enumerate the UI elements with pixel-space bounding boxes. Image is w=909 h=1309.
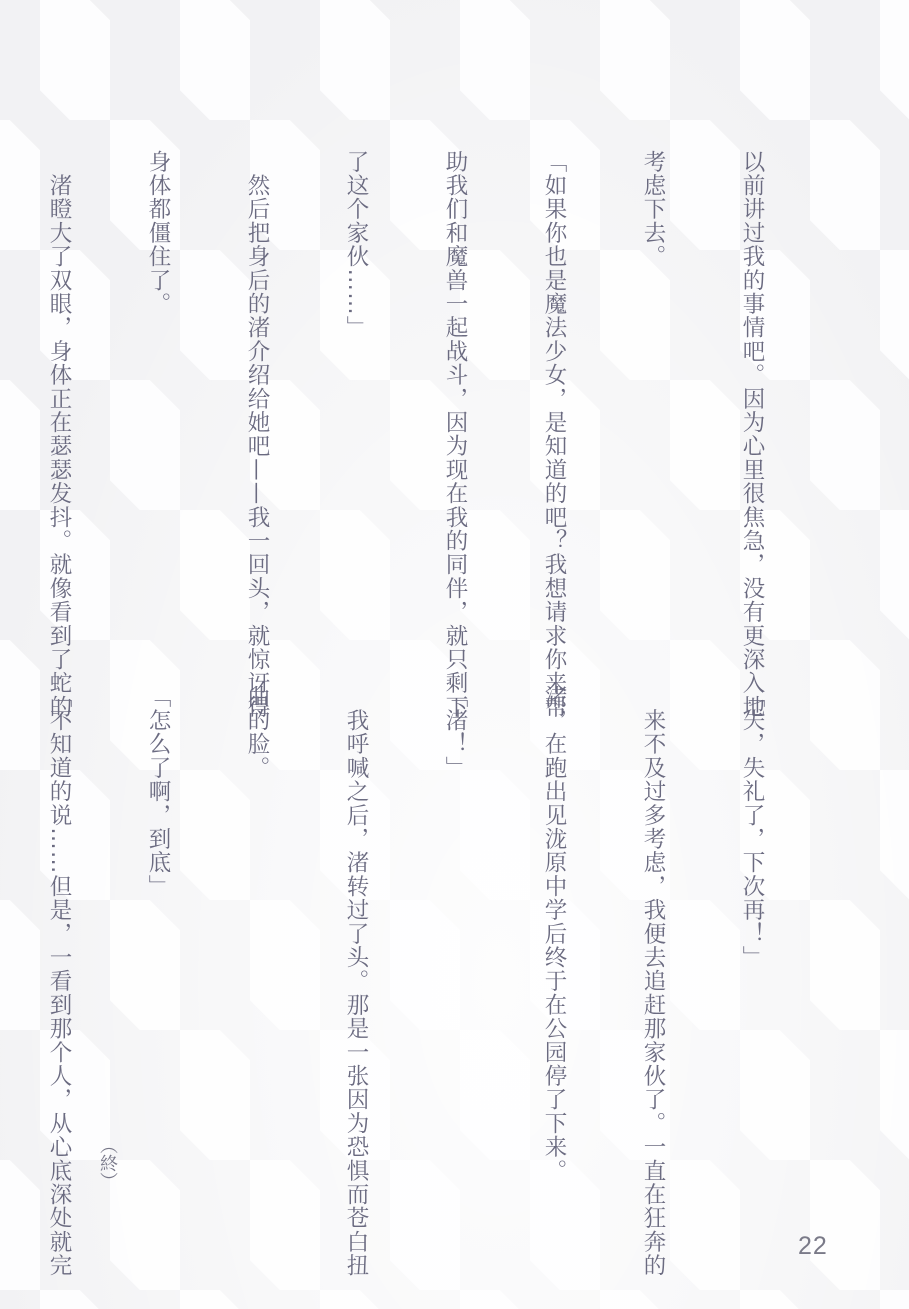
text-line: 然后把身后的渚介绍给她吧——我一回头，就惊讶得 [240,150,273,610]
text-line: 考虑下去。 [636,150,669,610]
text-line: 「怎么了啊，到底」 [141,685,174,1145]
text-line: 「不知道的说……但是，一看到那个人，从心底深处就完 [42,685,75,1145]
text-line: 身体都僵住了。 [141,150,174,610]
text-line: 来不及过多考虑，我便去追赶那家伙了。一直在狂奔的 [636,685,669,1145]
page-number: 22 [798,1232,828,1261]
text-block-top: 以前讲过我的事情吧。因为心里很焦急，没有更深入地 考虑下去。 「如果你也是魔法少… [0,150,834,610]
text-line: 我呼喊之后，渚转过了头。那是一张因为恐惧而苍白扭 [339,685,372,1145]
text-line: 曲的脸。 [240,685,273,1145]
text-line: 「失，失礼了，下次再！」 [735,685,768,1145]
text-line: 渚，在跑出见泷原中学后终于在公园停了下来。 [537,685,570,1145]
text-line: 了这个家伙……」 [339,150,372,610]
text-line: 「渚！」 [438,685,471,1145]
text-line: 「如果你也是魔法少女，是知道的吧？我想请求你来帮 [537,150,570,610]
text-line: 渚瞪大了双眼，身体正在瑟瑟发抖。就像看到了蛇的 [42,150,75,610]
text-line: 助我们和魔兽一起战斗，因为现在我的同伴，就只剩下 [438,150,471,610]
text-block-bottom: 「失，失礼了，下次再！」 来不及过多考虑，我便去追赶那家伙了。一直在狂奔的 渚，… [0,685,834,1145]
text-line: 以前讲过我的事情吧。因为心里很焦急，没有更深入地 [735,150,768,610]
end-mark: （終） [96,1136,118,1190]
